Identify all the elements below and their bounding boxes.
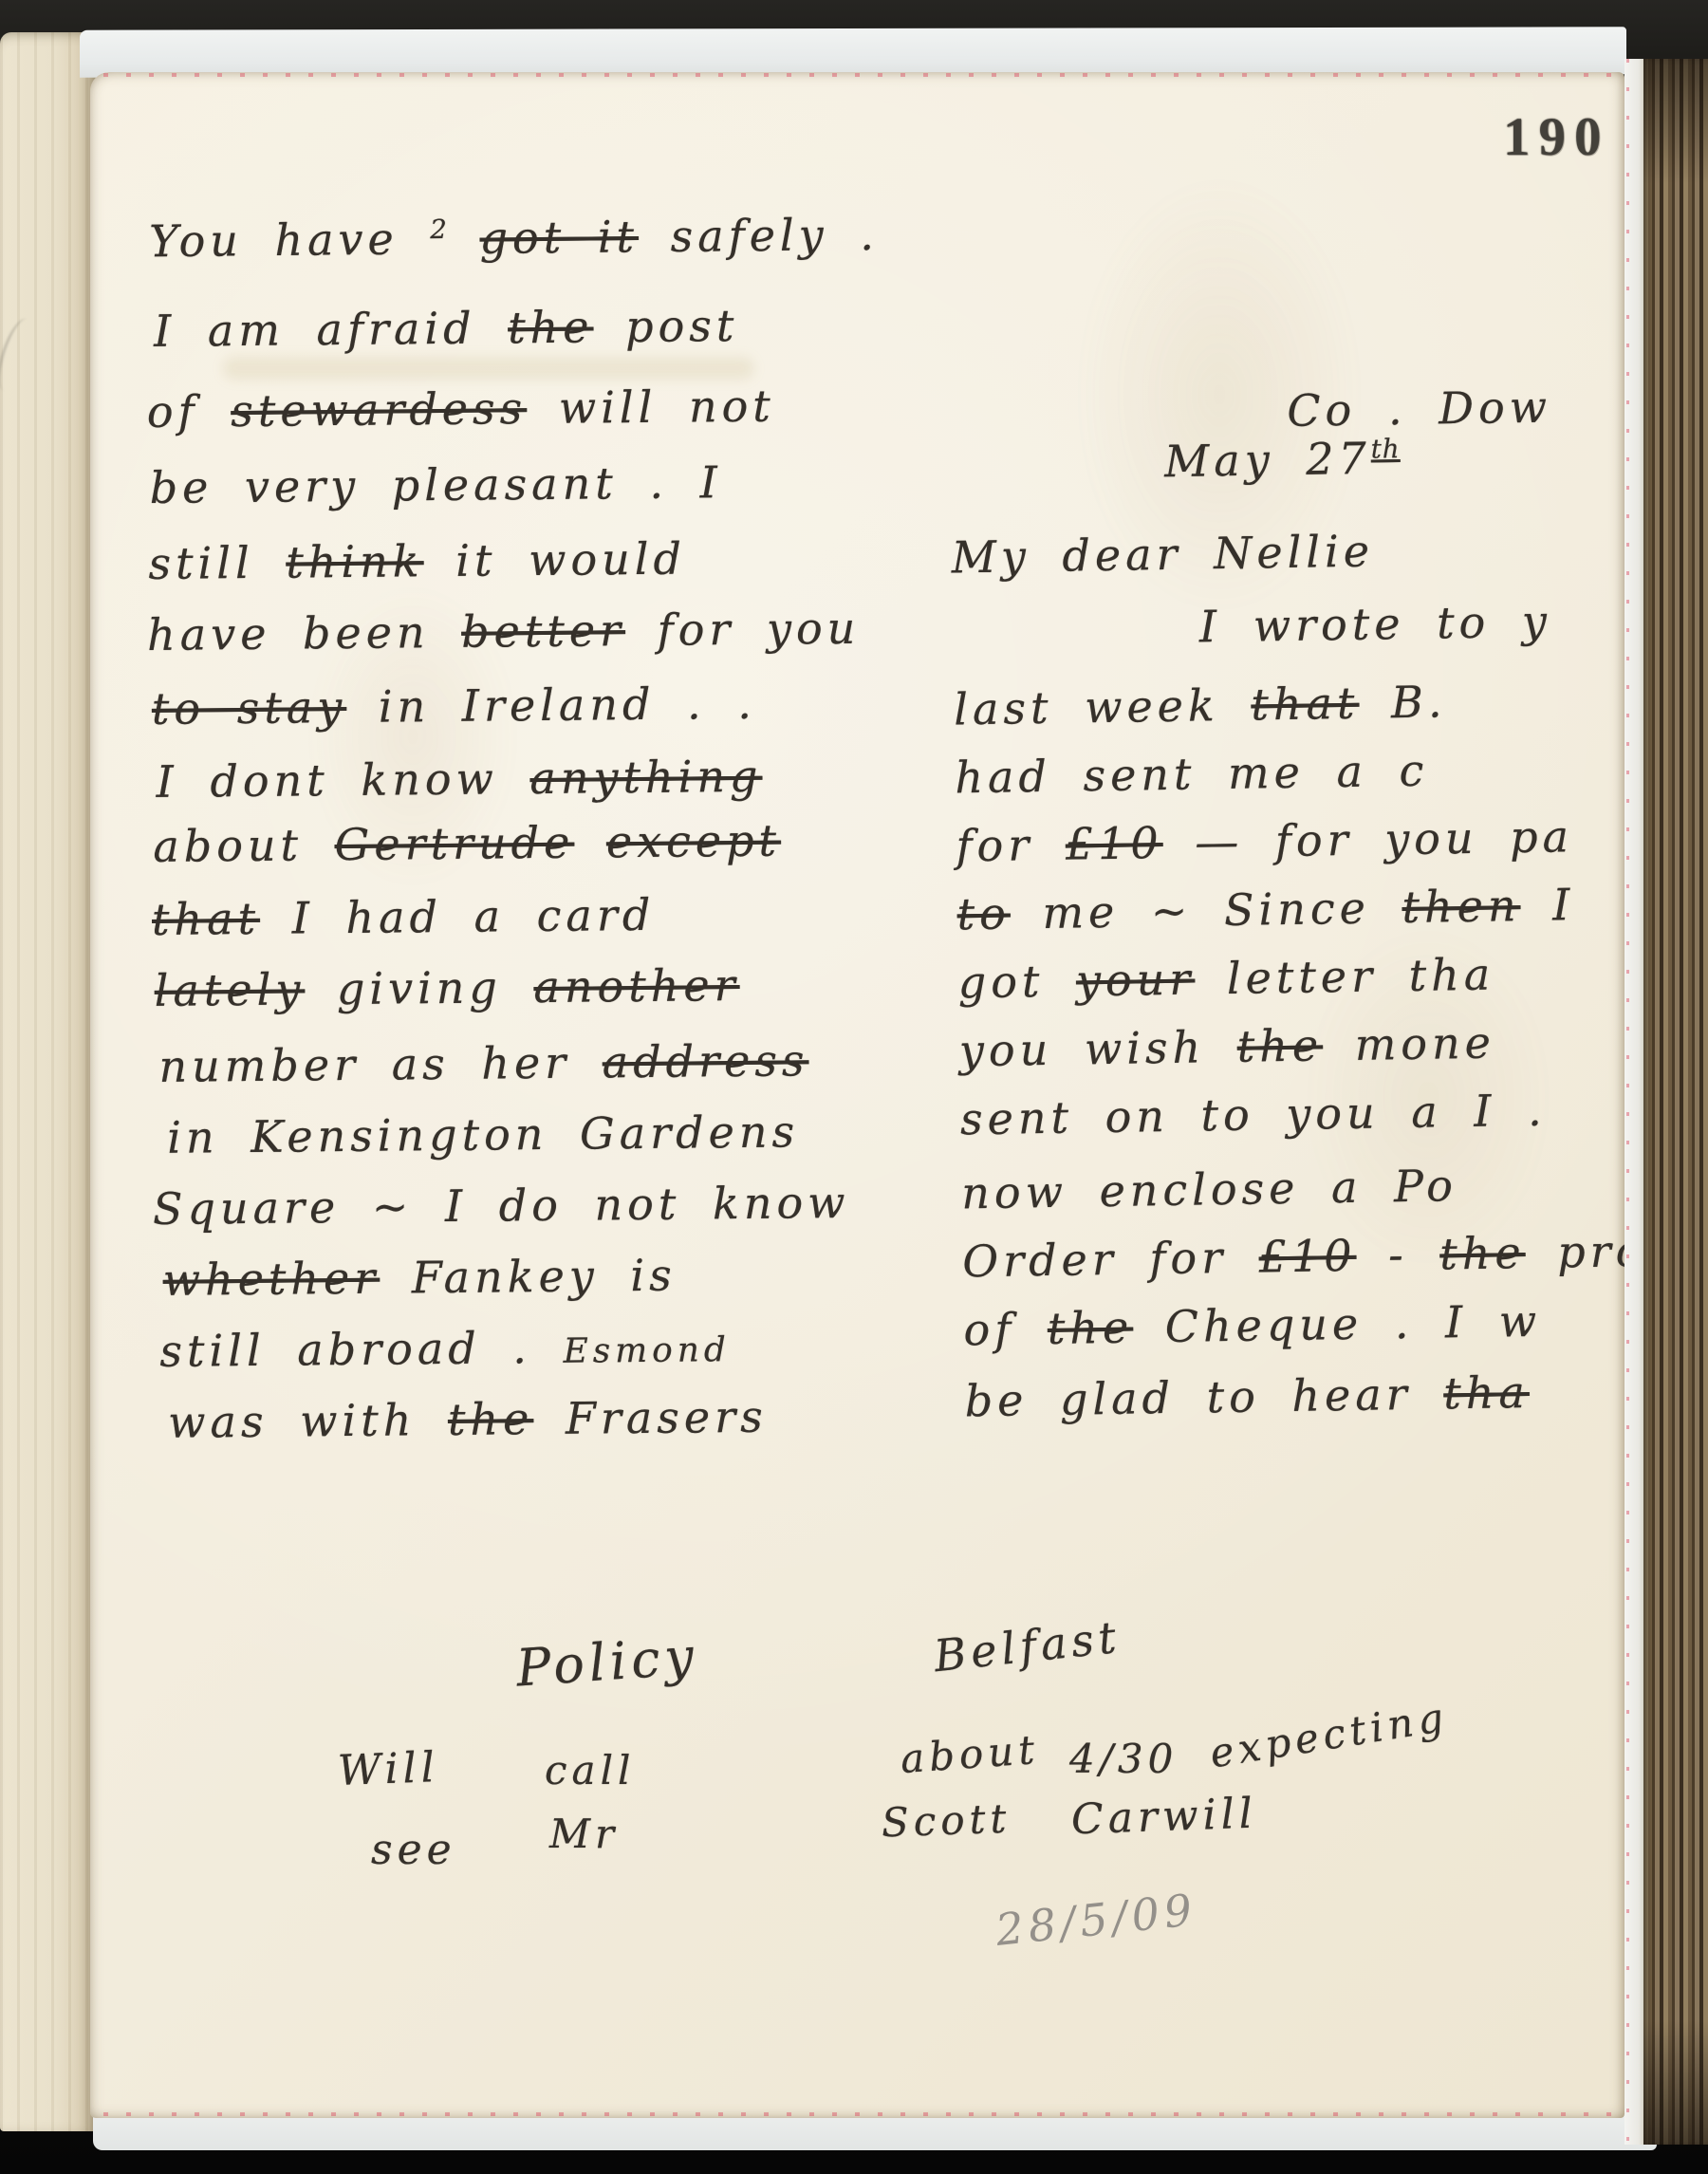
annotation-mr: Mr bbox=[549, 1814, 619, 1854]
annotation-about: about bbox=[900, 1730, 1041, 1779]
annotation-call: call bbox=[545, 1751, 635, 1791]
annotation-time: 4/30 bbox=[1069, 1739, 1178, 1779]
annotation-pencil-date: 28/5/09 bbox=[993, 1887, 1198, 1952]
letter-page: 190 You have 2 got it safely . I am afra… bbox=[90, 72, 1624, 2118]
book-page-edges bbox=[1624, 59, 1643, 2145]
annotation-will: Will bbox=[337, 1747, 439, 1793]
annotation-expecting: expecting bbox=[1207, 1697, 1451, 1774]
facing-page-edge bbox=[0, 32, 97, 2131]
annotation-belfast: Belfast bbox=[932, 1615, 1123, 1678]
annotation-see: see bbox=[371, 1830, 456, 1871]
pencil-smudge bbox=[0, 314, 41, 395]
annotations-layer: Policy Belfast Will see call Mr about Sc… bbox=[90, 72, 1624, 2118]
annotation-scott: Scott bbox=[881, 1799, 1012, 1844]
book-fore-edge bbox=[1643, 59, 1708, 2145]
annotation-carwill: Carwill bbox=[1070, 1793, 1257, 1842]
annotation-policy: Policy bbox=[514, 1630, 699, 1694]
scanned-letter-page: 190 You have 2 got it safely . I am afra… bbox=[0, 0, 1708, 2174]
